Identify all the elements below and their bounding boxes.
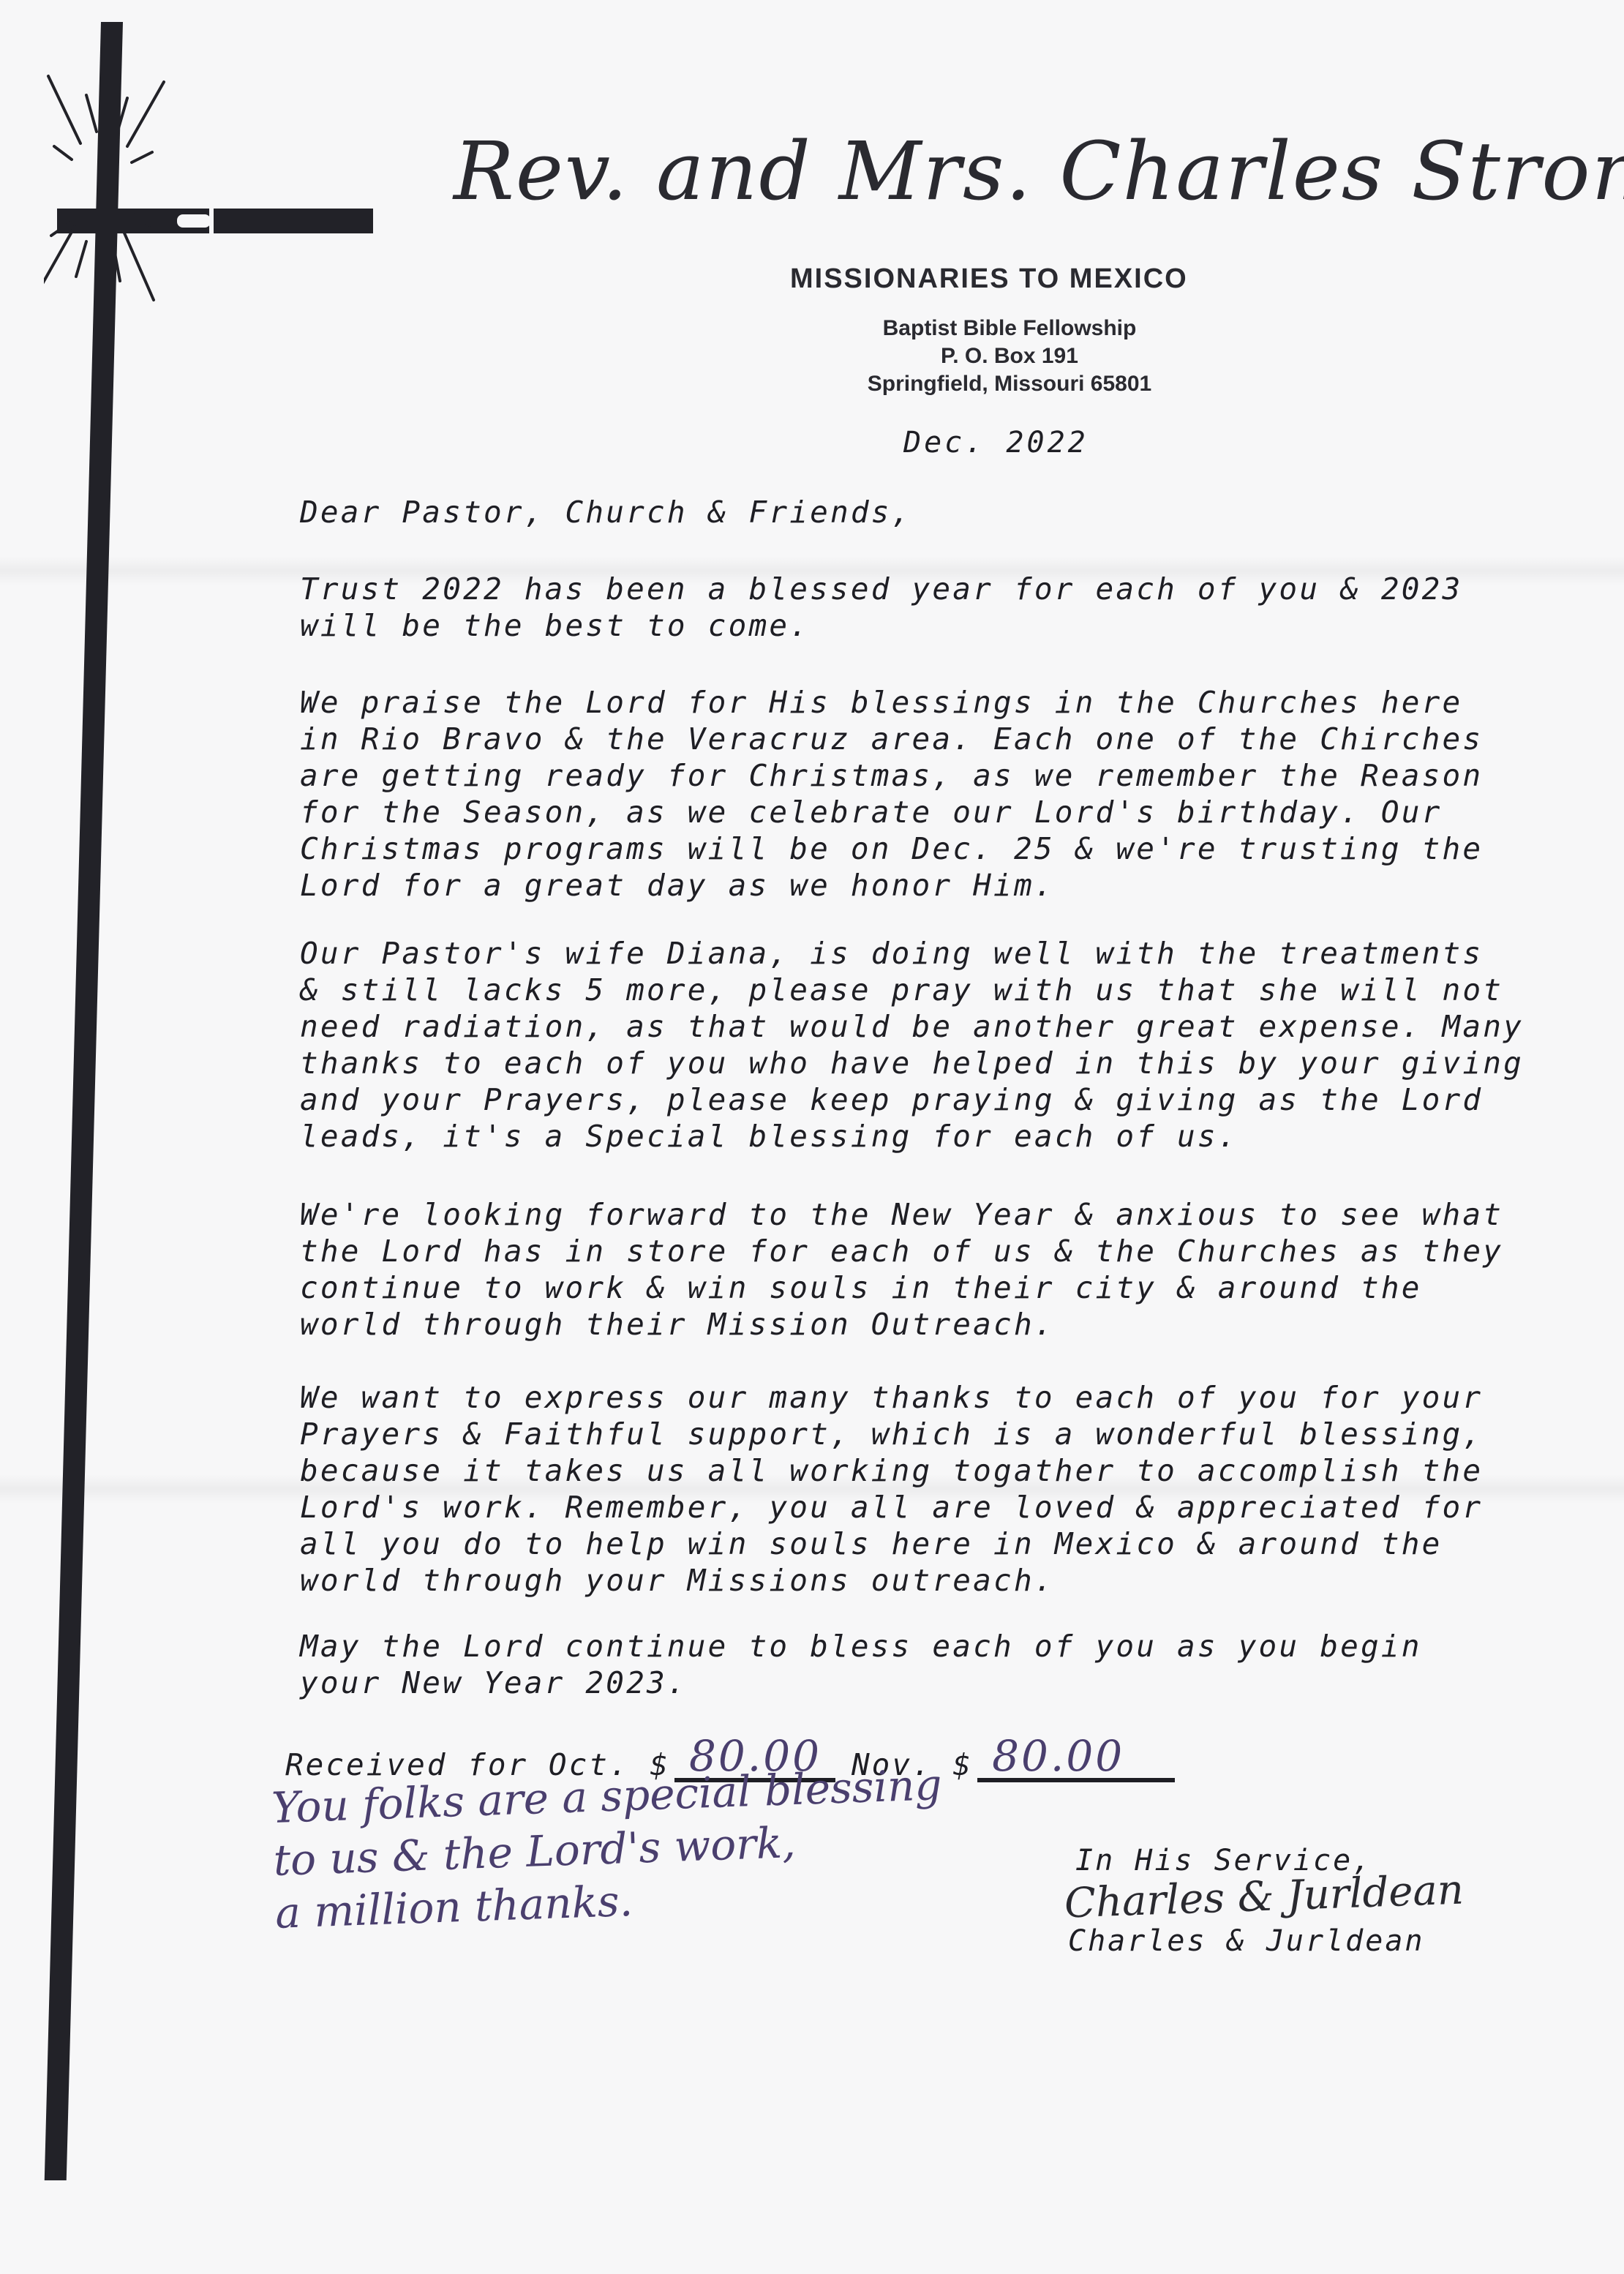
letterhead-address: Baptist Bible Fellowship P. O. Box 191 S… — [805, 315, 1214, 398]
nov-amount: 80.00 — [977, 1734, 1175, 1782]
address-line: P. O. Box 191 — [805, 342, 1214, 370]
light-rays-icon — [44, 66, 351, 373]
typed-name: Charles & Jurldean — [1068, 1924, 1424, 1958]
paragraph: May the Lord continue to bless each of y… — [300, 1628, 1609, 1701]
paragraph: We want to express our many thanks to ea… — [300, 1379, 1609, 1599]
letterhead-name: Rev. and Mrs. Charles Strong — [454, 124, 1609, 218]
paragraph: We're looking forward to the New Year & … — [300, 1196, 1609, 1343]
address-line: Baptist Bible Fellowship — [805, 315, 1214, 342]
address-line: Springfield, Missouri 65801 — [805, 370, 1214, 398]
letter-date: Dec. 2022 — [903, 426, 1089, 459]
salutation: Dear Pastor, Church & Friends, — [300, 494, 1609, 530]
handwritten-note: You folks are a special blessing to us &… — [271, 1756, 1007, 1940]
paragraph: We praise the Lord for His blessings in … — [300, 684, 1609, 904]
letterhead-subtitle: MISSIONARIES TO MEXICO — [790, 263, 1188, 295]
paragraph: Our Pastor's wife Diana, is doing well w… — [300, 935, 1609, 1155]
paragraph: Trust 2022 has been a blessed year for e… — [300, 571, 1609, 644]
